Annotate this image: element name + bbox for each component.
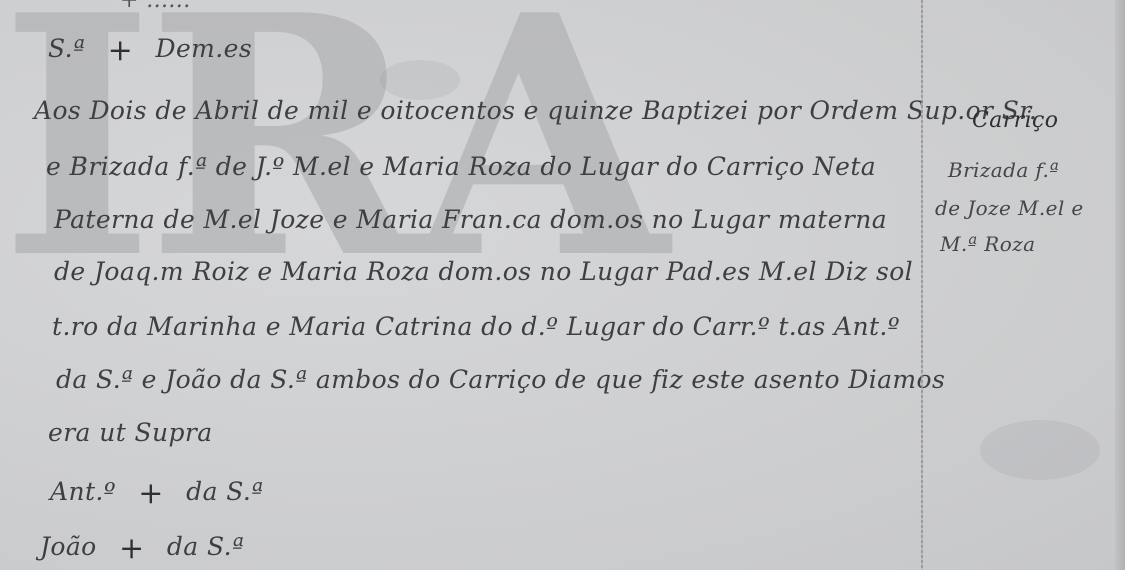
record-line-3: Paterna de M.el Joze e Maria Fran.ca dom…	[54, 205, 887, 234]
cross-mark-icon: +	[138, 476, 164, 511]
godparent-line: S.ª + Dem.es	[48, 30, 252, 65]
signature-1-name: Ant.º	[50, 477, 116, 506]
record-line-1: Aos Dois de Abril de mil e oitocentos e …	[34, 96, 1037, 125]
signature-1-surname: da S.ª	[186, 477, 263, 506]
signature-1: Ant.º + da S.ª	[50, 473, 264, 508]
record-line-5: t.ro da Marinha e Maria Catrina do d.º L…	[52, 312, 900, 341]
page-edge	[1115, 0, 1125, 570]
paper-stain	[380, 60, 460, 100]
signature-2-surname: da S.ª	[167, 532, 244, 561]
signature-2-name: João	[40, 532, 97, 561]
godparent-left: S.ª	[48, 34, 85, 63]
margin-note-line-3: M.ª Roza	[940, 232, 1035, 256]
paper-stain	[980, 420, 1100, 480]
record-line-6: da S.ª e João da S.ª ambos do Carriço de…	[56, 365, 945, 394]
margin-rule	[921, 0, 923, 570]
margin-note-line-2: de Joze M.el e	[935, 196, 1084, 220]
godparent-right: Dem.es	[156, 34, 253, 63]
record-line-7: era ut Supra	[48, 418, 213, 447]
record-line-2: e Brizada f.ª de J.º M.el e Maria Roza d…	[46, 152, 876, 181]
margin-note-title: Carriço	[972, 108, 1058, 133]
manuscript-page: IRA + ...... S.ª + Dem.es Aos Dois de Ab…	[0, 0, 1125, 570]
cross-mark-icon: +	[119, 531, 145, 566]
signature-2: João + da S.ª	[40, 528, 244, 563]
record-line-4: de Joaq.m Roiz e Maria Roza dom.os no Lu…	[54, 257, 913, 286]
margin-note-line-1: Brizada f.ª	[948, 158, 1059, 182]
cross-mark-icon: +	[108, 33, 134, 68]
top-cut-fragment: + ......	[120, 0, 191, 13]
